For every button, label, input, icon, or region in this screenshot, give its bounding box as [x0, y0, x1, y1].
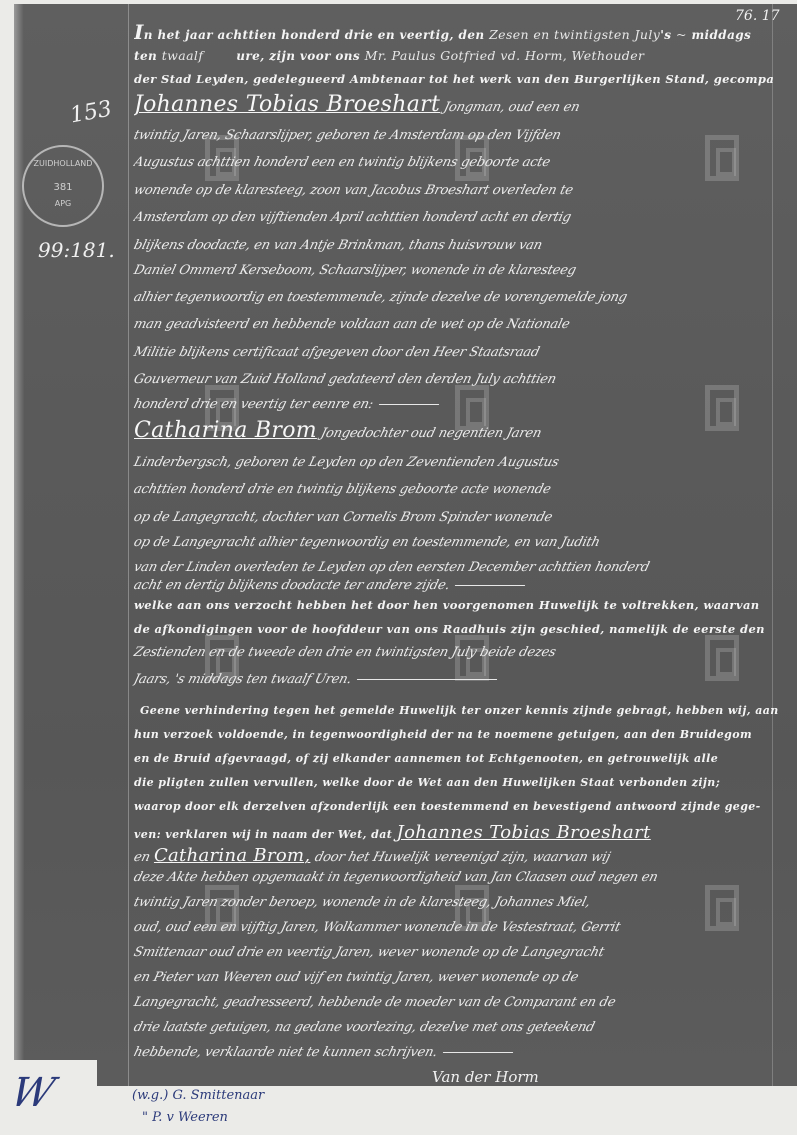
record-line: op de Langegracht, dochter van Cornelis …	[132, 510, 776, 525]
record-line: en Pieter van Weeren oud vijf en twintig…	[132, 970, 776, 985]
record-line: In het jaar achttien honderd drie en vee…	[134, 20, 774, 44]
record-line: op de Langegracht alhier tegenwoordig en…	[132, 535, 776, 550]
record-line: en de Bruid afgevraagd, of zij elkander …	[134, 752, 774, 765]
signature-registrar: Van der Horm	[432, 1068, 539, 1086]
archive-stamp: ZUIDHOLLAND 381 APG	[22, 145, 104, 227]
record-line: waarop door elk derzelven afzonderlijk e…	[134, 800, 774, 813]
groom-name-declaration: Johannes Tobias Broeshart	[396, 822, 650, 843]
margin-rule	[128, 4, 129, 1086]
fill-stroke	[443, 1052, 513, 1053]
ink-annotation-smittenaar: (w.g.) G. Smittenaar	[132, 1088, 264, 1103]
groom-line: Johannes Tobias Broeshart Jongman, oud e…	[134, 92, 774, 117]
groom-name: Johannes Tobias Broeshart	[134, 92, 440, 117]
bride-name-declaration: Catharina Brom,	[154, 845, 310, 866]
record-line: oud, oud een en vijftig Jaren, Wolkammer…	[132, 920, 776, 935]
record-line: ven: verklaren wij in naam der Wet, dat …	[134, 822, 774, 843]
record-line: wonende op de klaresteeg, zoon van Jacob…	[132, 183, 776, 198]
bride-name: Catharina Brom	[134, 418, 317, 443]
record-line: hun verzoek voldoende, in tegenwoordighe…	[134, 728, 774, 741]
stamp-text-1: ZUIDHOLLAND	[24, 159, 102, 168]
record-line: Smittenaar oud drie en veertig Jaren, we…	[132, 945, 776, 960]
fill-stroke	[357, 679, 497, 680]
record-line: Linderbergsch, geboren te Leyden op den …	[132, 455, 776, 470]
record-line: Langegracht, geadresseerd, hebbende de m…	[132, 995, 776, 1010]
record-line: welke aan ons verzocht hebben het door h…	[134, 598, 774, 612]
record-line: de afkondigingen voor de hoofddeur van o…	[134, 622, 774, 636]
fill-stroke	[455, 585, 525, 586]
record-line: en Catharina Brom, door het Huwelijk ver…	[134, 845, 774, 866]
record-line: Militie blijkens certificaat afgegeven d…	[132, 345, 776, 360]
record-line: man geadvisteerd en hebbende voldaan aan…	[132, 317, 776, 332]
record-line: Daniel Ommerd Kerseboom, Schaarslijper, …	[132, 263, 776, 278]
record-line: Augustus achttien honderd een en twintig…	[132, 155, 776, 170]
stamp-text-3: APG	[24, 199, 102, 208]
record-line: Amsterdam op den vijftienden April achtt…	[132, 210, 776, 225]
record-line: Jaars, 's middags ten twaalf Uren.	[132, 672, 776, 687]
record-line: acht en dertig blijkens doodacte ter and…	[132, 578, 776, 593]
bride-line: Catharina Brom Jongedochter oud negentie…	[134, 418, 774, 443]
record-line: honderd drie en veertig ter eenre en:	[132, 397, 776, 412]
record-line: die pligten zullen vervullen, welke door…	[134, 776, 774, 789]
record-line: Zestienden en de tweede den drie en twin…	[132, 645, 776, 660]
record-line: twintig Jaren zonder beroep, wonende in …	[132, 895, 776, 910]
record-line: van der Linden overleden te Leyden op de…	[132, 560, 776, 575]
record-line: drie laatste getuigen, na gedane voorlez…	[132, 1020, 776, 1035]
record-line: der Stad Leyden, gedelegueerd Ambtenaar …	[134, 72, 774, 86]
record-line: Geene verhindering tegen het gemelde Huw…	[140, 704, 780, 717]
record-line: deze Akte hebben opgemaakt in tegenwoord…	[132, 870, 776, 885]
initial-letter: I	[134, 20, 144, 44]
record-line: Gouverneur van Zuid Holland gedateerd de…	[132, 372, 776, 387]
record-line: achttien honderd drie en twintig blijken…	[132, 482, 776, 497]
record-line: ten twaalf ure, zijn voor ons Mr. Paulus…	[134, 48, 774, 63]
ink-annotation-weeren: " P. v Weeren	[142, 1110, 228, 1125]
record-line: hebbende, verklaarde niet te kunnen schr…	[132, 1045, 776, 1060]
archive-reference: 99:181.	[38, 238, 115, 262]
stamp-text-2: 381	[24, 182, 102, 193]
record-line: alhier tegenwoordig en toestemmende, zij…	[132, 290, 776, 305]
record-line: twintig Jaren, Schaarslijper, geboren te…	[132, 128, 776, 143]
record-line: blijkens doodacte, en van Antje Brinkman…	[132, 238, 776, 253]
fill-stroke	[379, 404, 439, 405]
